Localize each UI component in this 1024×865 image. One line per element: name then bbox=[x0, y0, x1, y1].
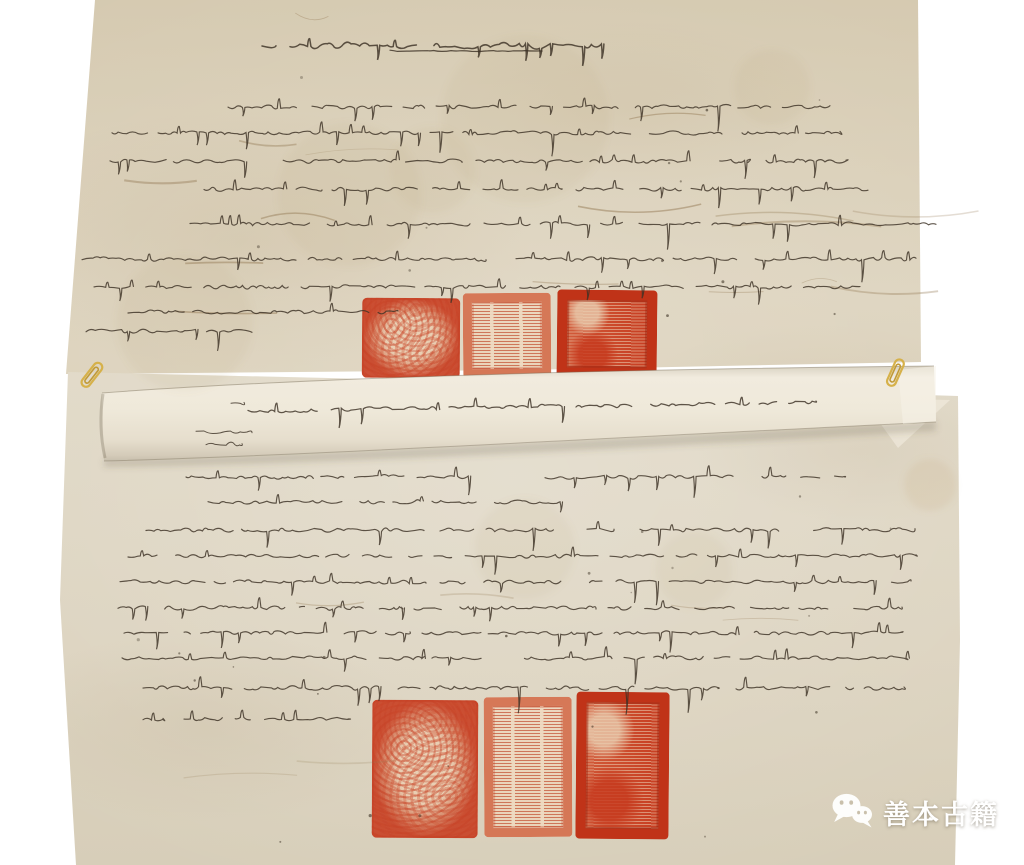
upper-seal-2 bbox=[463, 293, 552, 379]
watermark-text: 善本古籍 bbox=[883, 793, 999, 832]
upper-seal-3 bbox=[557, 289, 658, 378]
wechat-icon bbox=[830, 792, 874, 832]
lower-seal-1 bbox=[372, 700, 479, 839]
photo-canvas: 善本古籍 bbox=[0, 0, 1024, 865]
lower-seal-2 bbox=[484, 697, 573, 837]
watermark: 善本古籍 bbox=[830, 792, 999, 832]
upper-seal-1 bbox=[362, 298, 461, 379]
lower-seal-3 bbox=[575, 692, 669, 840]
